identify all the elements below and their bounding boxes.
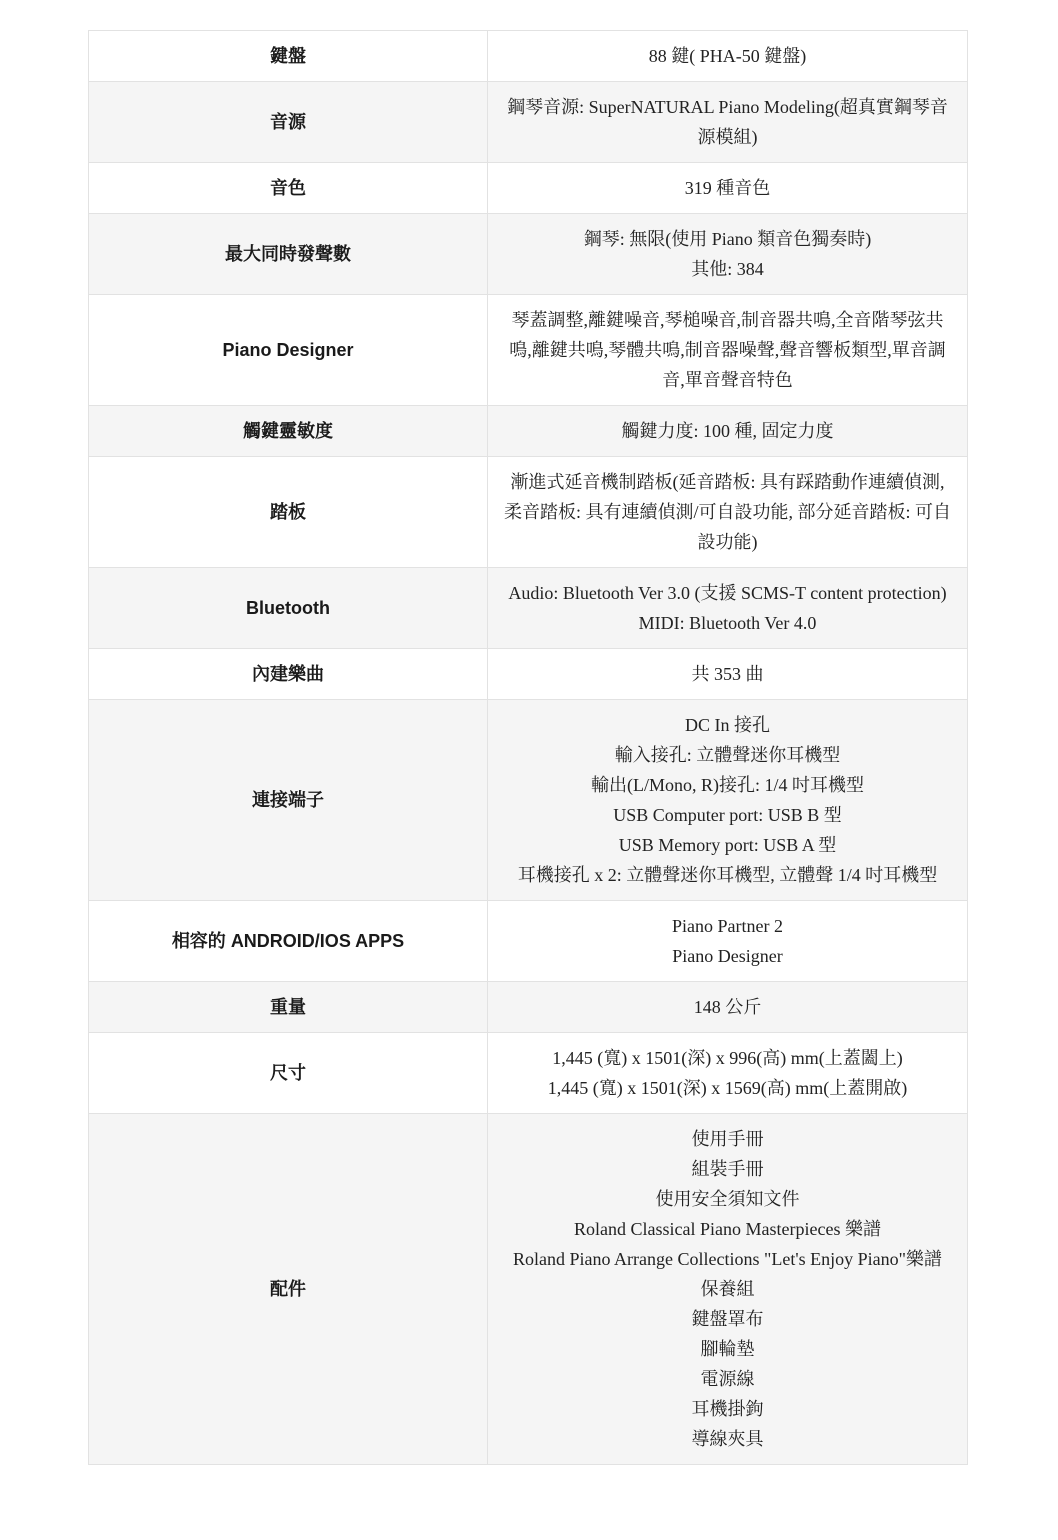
- spec-value: 琴蓋調整,離鍵噪音,琴槌噪音,制音器共鳴,全音階琴弦共鳴,離鍵共鳴,琴體共鳴,制…: [488, 295, 967, 405]
- spec-row-polyphony: 最大同時發聲數 鋼琴: 無限(使用 Piano 類音色獨奏時) 其他: 384: [89, 214, 967, 295]
- spec-value-line: Audio: Bluetooth Ver 3.0 (支援 SCMS-T cont…: [502, 578, 953, 608]
- spec-value-line: 共 353 曲: [502, 659, 953, 689]
- spec-value-line: 耳機掛鉤: [502, 1394, 953, 1424]
- spec-value-line: 其他: 384: [502, 254, 953, 284]
- spec-label: 相容的 ANDROID/IOS APPS: [89, 901, 488, 981]
- spec-value-line: 導線夾具: [502, 1424, 953, 1454]
- spec-label: Piano Designer: [89, 295, 488, 405]
- spec-value-line: 輸出(L/Mono, R)接孔: 1/4 吋耳機型: [502, 770, 953, 800]
- spec-label: 音源: [89, 82, 488, 162]
- spec-value: Audio: Bluetooth Ver 3.0 (支援 SCMS-T cont…: [488, 568, 967, 648]
- spec-value: Piano Partner 2 Piano Designer: [488, 901, 967, 981]
- spec-row-bluetooth: Bluetooth Audio: Bluetooth Ver 3.0 (支援 S…: [89, 568, 967, 649]
- spec-value-line: 鋼琴音源: SuperNATURAL Piano Modeling(超真實鋼琴音…: [502, 92, 953, 152]
- spec-value-line: 1,445 (寬) x 1501(深) x 996(高) mm(上蓋闔上): [502, 1043, 953, 1073]
- spec-value-line: Piano Partner 2: [502, 911, 953, 941]
- spec-value-line: Roland Piano Arrange Collections "Let's …: [502, 1244, 953, 1274]
- spec-label: 最大同時發聲數: [89, 214, 488, 294]
- spec-label: 配件: [89, 1114, 488, 1464]
- spec-value: 88 鍵( PHA-50 鍵盤): [488, 31, 967, 81]
- spec-value-line: 電源線: [502, 1364, 953, 1394]
- spec-row-sound-engine: 音源 鋼琴音源: SuperNATURAL Piano Modeling(超真實…: [89, 82, 967, 163]
- spec-value: 148 公斤: [488, 982, 967, 1032]
- spec-row-connectors: 連接端子 DC In 接孔 輸入接孔: 立體聲迷你耳機型 輸出(L/Mono, …: [89, 700, 967, 901]
- spec-row-accessories: 配件 使用手冊 組裝手冊 使用安全須知文件 Roland Classical P…: [89, 1114, 967, 1465]
- spec-row-weight: 重量 148 公斤: [89, 982, 967, 1033]
- spec-label: 音色: [89, 163, 488, 213]
- spec-value: 1,445 (寬) x 1501(深) x 996(高) mm(上蓋闔上) 1,…: [488, 1033, 967, 1113]
- spec-label: 內建樂曲: [89, 649, 488, 699]
- spec-value-line: 使用手冊: [502, 1124, 953, 1154]
- spec-value-line: 319 種音色: [502, 173, 953, 203]
- spec-value-line: 88 鍵( PHA-50 鍵盤): [502, 41, 953, 71]
- spec-row-dimensions: 尺寸 1,445 (寬) x 1501(深) x 996(高) mm(上蓋闔上)…: [89, 1033, 967, 1114]
- spec-value: 鋼琴音源: SuperNATURAL Piano Modeling(超真實鋼琴音…: [488, 82, 967, 162]
- spec-value-line: 輸入接孔: 立體聲迷你耳機型: [502, 740, 953, 770]
- spec-label: 重量: [89, 982, 488, 1032]
- spec-value-line: 1,445 (寬) x 1501(深) x 1569(高) mm(上蓋開啟): [502, 1073, 953, 1103]
- spec-table: 鍵盤 88 鍵( PHA-50 鍵盤) 音源 鋼琴音源: SuperNATURA…: [88, 30, 968, 1465]
- page: 鍵盤 88 鍵( PHA-50 鍵盤) 音源 鋼琴音源: SuperNATURA…: [0, 0, 1058, 1540]
- spec-label: 尺寸: [89, 1033, 488, 1113]
- spec-row-piano-designer: Piano Designer 琴蓋調整,離鍵噪音,琴槌噪音,制音器共鳴,全音階琴…: [89, 295, 967, 406]
- spec-value-line: 使用安全須知文件: [502, 1184, 953, 1214]
- spec-value-line: 鋼琴: 無限(使用 Piano 類音色獨奏時): [502, 224, 953, 254]
- spec-row-touch-sensitivity: 觸鍵靈敏度 觸鍵力度: 100 種, 固定力度: [89, 406, 967, 457]
- spec-label: 觸鍵靈敏度: [89, 406, 488, 456]
- spec-value-line: DC In 接孔: [502, 710, 953, 740]
- spec-row-keyboard: 鍵盤 88 鍵( PHA-50 鍵盤): [89, 31, 967, 82]
- spec-value-line: 148 公斤: [502, 992, 953, 1022]
- spec-value-line: USB Memory port: USB A 型: [502, 830, 953, 860]
- spec-value: 漸進式延音機制踏板(延音踏板: 具有踩踏動作連續偵測, 柔音踏板: 具有連續偵測…: [488, 457, 967, 567]
- spec-label: 鍵盤: [89, 31, 488, 81]
- spec-value-line: 漸進式延音機制踏板(延音踏板: 具有踩踏動作連續偵測, 柔音踏板: 具有連續偵測…: [502, 467, 953, 557]
- spec-label: 踏板: [89, 457, 488, 567]
- spec-value-line: 耳機接孔 x 2: 立體聲迷你耳機型, 立體聲 1/4 吋耳機型: [502, 860, 953, 890]
- spec-value-line: Piano Designer: [502, 941, 953, 971]
- spec-value-line: 觸鍵力度: 100 種, 固定力度: [502, 416, 953, 446]
- spec-row-tones: 音色 319 種音色: [89, 163, 967, 214]
- spec-row-pedals: 踏板 漸進式延音機制踏板(延音踏板: 具有踩踏動作連續偵測, 柔音踏板: 具有連…: [89, 457, 967, 568]
- spec-value-line: USB Computer port: USB B 型: [502, 800, 953, 830]
- spec-label: Bluetooth: [89, 568, 488, 648]
- spec-value: 使用手冊 組裝手冊 使用安全須知文件 Roland Classical Pian…: [488, 1114, 967, 1464]
- spec-value: DC In 接孔 輸入接孔: 立體聲迷你耳機型 輸出(L/Mono, R)接孔:…: [488, 700, 967, 900]
- spec-row-internal-songs: 內建樂曲 共 353 曲: [89, 649, 967, 700]
- spec-row-compatible-apps: 相容的 ANDROID/IOS APPS Piano Partner 2 Pia…: [89, 901, 967, 982]
- spec-value-line: 腳輪墊: [502, 1334, 953, 1364]
- spec-value: 鋼琴: 無限(使用 Piano 類音色獨奏時) 其他: 384: [488, 214, 967, 294]
- spec-value-line: 琴蓋調整,離鍵噪音,琴槌噪音,制音器共鳴,全音階琴弦共鳴,離鍵共鳴,琴體共鳴,制…: [502, 305, 953, 395]
- spec-value: 319 種音色: [488, 163, 967, 213]
- spec-value-line: Roland Classical Piano Masterpieces 樂譜: [502, 1214, 953, 1244]
- spec-label: 連接端子: [89, 700, 488, 900]
- spec-value: 共 353 曲: [488, 649, 967, 699]
- spec-value-line: 鍵盤罩布: [502, 1304, 953, 1334]
- spec-value: 觸鍵力度: 100 種, 固定力度: [488, 406, 967, 456]
- spec-value-line: 保養組: [502, 1274, 953, 1304]
- spec-value-line: MIDI: Bluetooth Ver 4.0: [502, 608, 953, 638]
- spec-value-line: 組裝手冊: [502, 1154, 953, 1184]
